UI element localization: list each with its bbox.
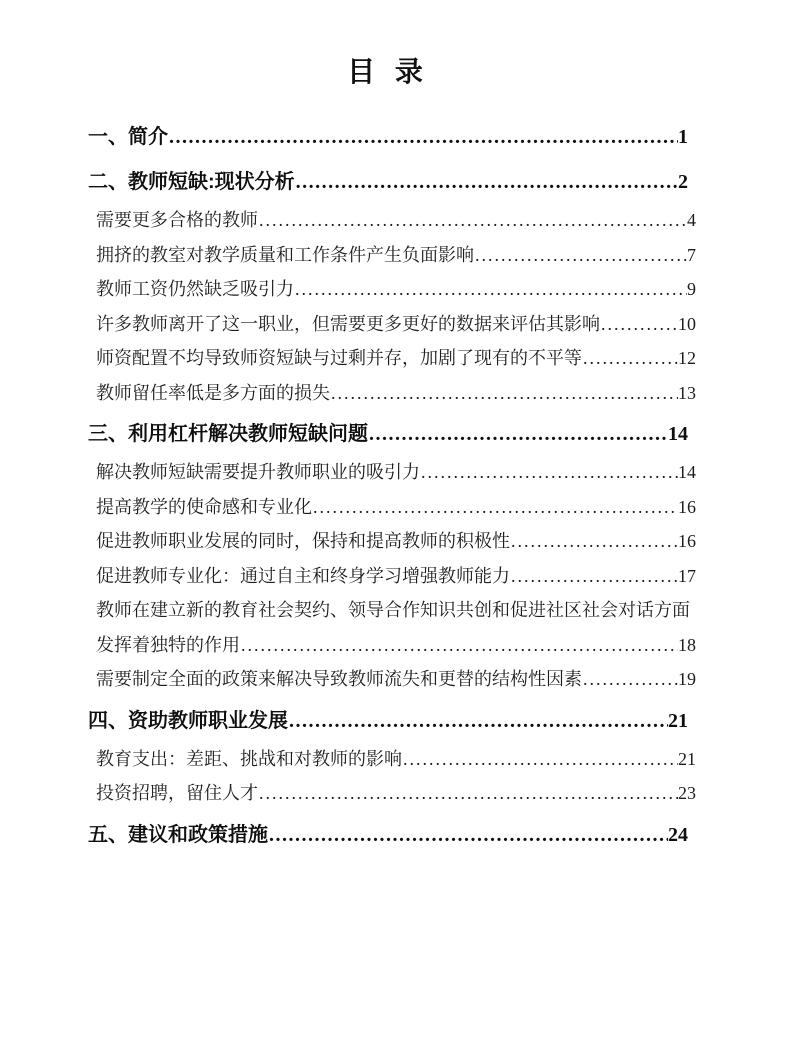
toc-entry: 促进教师专业化：通过自主和终身学习增强教师能力 ................… — [88, 559, 696, 594]
toc-page-number: 24 — [668, 814, 688, 856]
toc-page-number: 17 — [678, 559, 696, 594]
dot-leader: ........................................… — [402, 742, 678, 777]
toc-list: 一、简介 ...................................… — [88, 116, 688, 856]
toc-entry-label: 师资配置不均导致师资短缺与过剩并存，加剧了现有的不平等 — [96, 341, 582, 376]
toc-entry-label: 发挥着独特的作用 — [96, 628, 240, 663]
toc-page-number: 14 — [678, 455, 696, 490]
dot-leader: ........................................… — [312, 490, 678, 525]
toc-entry-label: 教师工资仍然缺乏吸引力 — [96, 272, 294, 307]
toc-entry: 师资配置不均导致师资短缺与过剩并存，加剧了现有的不平等 ............… — [88, 341, 696, 376]
toc-page-number: 2 — [678, 161, 688, 203]
dot-leader: ........................................… — [268, 814, 668, 856]
toc-page-number: 1 — [678, 116, 688, 158]
toc-entry-label: 二、教师短缺:现状分析 — [88, 161, 295, 203]
toc-entry-label: 需要制定全面的政策来解决导致教师流失和更替的结构性因素 — [96, 662, 582, 697]
toc-entry: 三、利用杠杆解决教师短缺问题 .........................… — [88, 413, 688, 455]
toc-page-number: 9 — [687, 272, 696, 307]
toc-entry: 促进教师职业发展的同时，保持和提高教师的积极性 ................… — [88, 524, 696, 559]
toc-page-number: 13 — [678, 376, 696, 411]
dot-leader: ........................................… — [258, 203, 687, 238]
toc-entry-label: 三、利用杠杆解决教师短缺问题 — [88, 413, 368, 455]
toc-entry: 二、教师短缺:现状分析 ............................… — [88, 161, 688, 203]
dot-leader: ........................................… — [582, 662, 678, 697]
toc-page-number: 4 — [687, 203, 696, 238]
toc-entry: 投资招聘，留住人才 ..............................… — [88, 776, 696, 811]
toc-page-number: 12 — [678, 341, 696, 376]
dot-leader: ........................................… — [258, 776, 678, 811]
toc-entry: 一、简介 ...................................… — [88, 116, 688, 158]
dot-leader: ........................................… — [368, 413, 668, 455]
dot-leader: ........................................… — [510, 524, 678, 559]
toc-entry-label: 五、建议和政策措施 — [88, 814, 268, 856]
toc-entry-label: 教师留任率低是多方面的损失 — [96, 376, 330, 411]
toc-page-number: 10 — [678, 307, 696, 342]
toc-page-number: 18 — [678, 628, 696, 663]
toc-entry: 提高教学的使命感和专业化 ...........................… — [88, 490, 696, 525]
dot-leader: ........................................… — [474, 238, 687, 273]
toc-entry: 拥挤的教室对教学质量和工作条件产生负面影响 ..................… — [88, 238, 696, 273]
toc-entry: 教师在建立新的教育社会契约、领导合作知识共创和促进社区社会对话方面 — [88, 593, 696, 628]
toc-entry: 教师工资仍然缺乏吸引力 ............................… — [88, 272, 696, 307]
toc-entry-label: 提高教学的使命感和专业化 — [96, 490, 312, 525]
toc-entry: 需要更多合格的教师 ..............................… — [88, 203, 696, 238]
toc-entry-label: 四、资助教师职业发展 — [88, 700, 288, 742]
document-page: 目 录 一、简介 ...............................… — [0, 0, 788, 1046]
dot-leader: ........................................… — [510, 559, 678, 594]
toc-page-number: 16 — [678, 524, 696, 559]
dot-leader: ........................................… — [294, 272, 687, 307]
toc-entry: 解决教师短缺需要提升教师职业的吸引力 .....................… — [88, 455, 696, 490]
dot-leader: ........................................… — [295, 161, 678, 203]
toc-entry-label: 投资招聘，留住人才 — [96, 776, 258, 811]
toc-entry: 四、资助教师职业发展 .............................… — [88, 700, 688, 742]
dot-leader: ........................................… — [240, 628, 678, 663]
dot-leader: ........................................… — [168, 116, 678, 158]
toc-page-number: 21 — [678, 742, 696, 777]
dot-leader: ........................................… — [582, 341, 678, 376]
toc-entry: 需要制定全面的政策来解决导致教师流失和更替的结构性因素 ............… — [88, 662, 696, 697]
toc-page-number: 19 — [678, 662, 696, 697]
toc-entry: 许多教师离开了这一职业，但需要更多更好的数据来评估其影响 ...........… — [88, 307, 696, 342]
toc-page-number: 23 — [678, 776, 696, 811]
dot-leader: ........................................… — [600, 307, 678, 342]
toc-entry: 教师留任率低是多方面的损失 ..........................… — [88, 376, 696, 411]
toc-page-number: 14 — [668, 413, 688, 455]
toc-entry-label: 解决教师短缺需要提升教师职业的吸引力 — [96, 455, 420, 490]
toc-entry-label: 促进教师职业发展的同时，保持和提高教师的积极性 — [96, 524, 510, 559]
toc-entry-label: 许多教师离开了这一职业，但需要更多更好的数据来评估其影响 — [96, 307, 600, 342]
dot-leader: ........................................… — [330, 376, 678, 411]
toc-entry: 教育支出：差距、挑战和对教师的影响 ......................… — [88, 742, 696, 777]
toc-title: 目 录 — [88, 54, 688, 90]
toc-entry: 五、建议和政策措施 ..............................… — [88, 814, 688, 856]
dot-leader: ........................................… — [420, 455, 678, 490]
toc-entry-label: 一、简介 — [88, 116, 168, 158]
toc-entry-continuation: 发挥着独特的作用 ...............................… — [88, 628, 696, 663]
toc-entry-label: 教育支出：差距、挑战和对教师的影响 — [96, 742, 402, 777]
toc-entry-label: 需要更多合格的教师 — [96, 203, 258, 238]
toc-page-number: 16 — [678, 490, 696, 525]
dot-leader: ........................................… — [288, 700, 668, 742]
toc-entry-label: 促进教师专业化：通过自主和终身学习增强教师能力 — [96, 559, 510, 594]
toc-page-number: 7 — [687, 238, 696, 273]
toc-entry-label: 教师在建立新的教育社会契约、领导合作知识共创和促进社区社会对话方面 — [96, 593, 696, 628]
toc-page-number: 21 — [668, 700, 688, 742]
toc-entry-label: 拥挤的教室对教学质量和工作条件产生负面影响 — [96, 238, 474, 273]
